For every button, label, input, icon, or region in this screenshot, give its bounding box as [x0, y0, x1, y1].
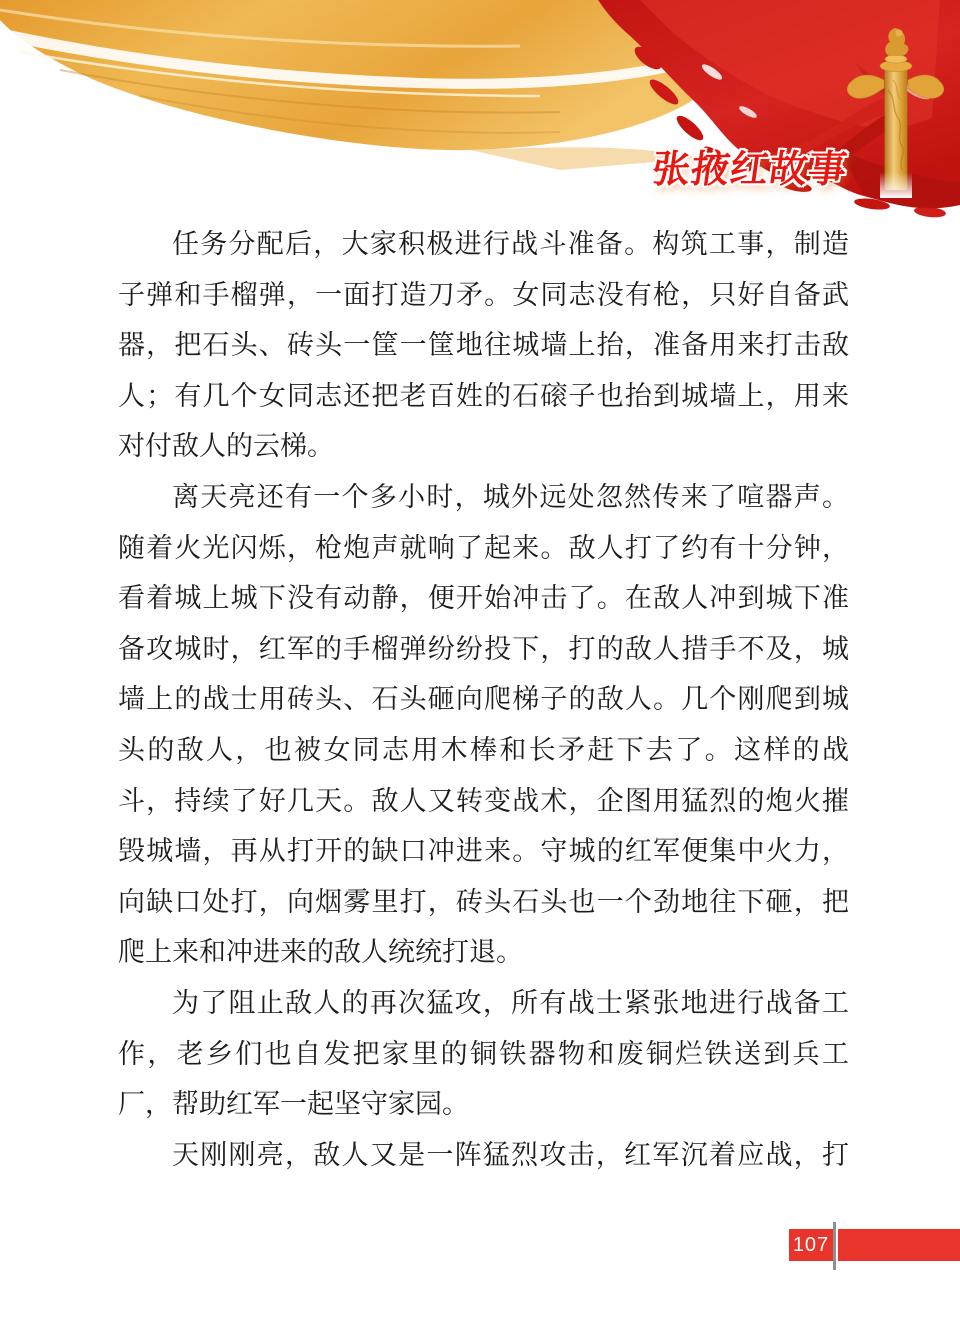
gold-brushstroke-graphic	[0, 0, 702, 170]
story-line: 天刚刚亮，敌人又是一阵猛烈攻击，红军沉着应战，打	[118, 1130, 849, 1181]
story-paragraphs: 任务分配后，大家积极进行战斗准备。构筑工事，制造子弹和手榴弹，一面打造刀矛。女同…	[118, 219, 849, 1180]
story-line: 爬上来和冲进来的敌人统统打退。	[118, 927, 849, 978]
story-line: 看着城上城下没有动静，便开始冲击了。在敌人冲到城下准	[118, 573, 849, 624]
story-line: 子弹和手榴弹，一面打造刀矛。女同志没有枪，只好自备武	[118, 270, 849, 321]
story-line: 对付敌人的云梯。	[118, 421, 849, 472]
story-line: 离天亮还有一个多小时，城外远处忽然传来了喧器声。	[118, 472, 849, 523]
header-artwork-svg	[0, 0, 960, 230]
story-line: 器，把石头、砖头一筐一筐地往城墙上抬，准备用来打击敌	[118, 320, 849, 371]
page-number-bar	[838, 1229, 960, 1261]
banner-title: 张掖红故事	[649, 148, 875, 194]
story-line: 随着火光闪烁，枪炮声就响了起来。敌人打了约有十分钟，	[118, 523, 849, 574]
story-line: 为了阻止敌人的再次猛攻，所有战士紧张地进行战备工	[118, 978, 849, 1029]
story-line: 作，老乡们也自发把家里的铜铁器物和废铜烂铁送到兵工	[118, 1029, 849, 1080]
story-line: 毁城墙，再从打开的缺口冲进来。守城的红军便集中火力，	[118, 826, 849, 877]
header-artwork: 张掖红故事	[0, 0, 960, 230]
story-line: 头的敌人，也被女同志用木棒和长矛赶下去了。这样的战	[118, 725, 849, 776]
story-line: 向缺口处打，向烟雾里打，砖头石头也一个劲地往下砸，把	[118, 877, 849, 928]
story-line: 任务分配后，大家积极进行战斗准备。构筑工事，制造	[118, 219, 849, 270]
story-line: 斗，持续了好几天。敌人又转变战术，企图用猛烈的炮火摧	[118, 776, 849, 827]
page-number-divider-line	[833, 1222, 836, 1270]
story-line: 备攻城时，红军的手榴弹纷纷投下，打的敌人措手不及，城	[118, 624, 849, 675]
story-line: 人；有几个女同志还把老百姓的石磙子也抬到城墙上，用来	[118, 371, 849, 422]
story-line: 厂，帮助红军一起坚守家园。	[118, 1079, 849, 1130]
story-line: 墙上的战士用砖头、石头砸向爬梯子的敌人。几个刚爬到城	[118, 674, 849, 725]
page-number-badge: 107	[789, 1229, 833, 1261]
